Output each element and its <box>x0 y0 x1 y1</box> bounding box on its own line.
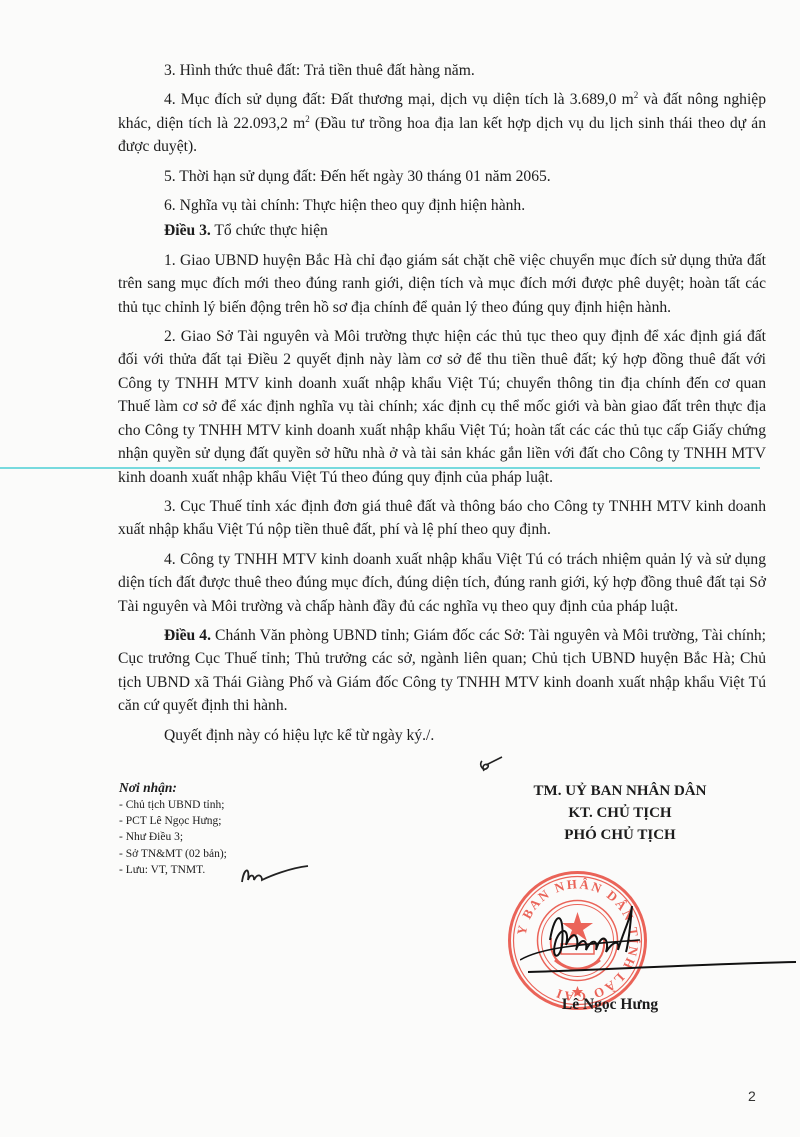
effective-date-clause: Quyết định này có hiệu lực kể từ ngày ký… <box>118 724 766 747</box>
signer-line-3: PHÓ CHỦ TỊCH <box>500 824 740 846</box>
recipients-list: - Chủ tịch UBND tỉnh; - PCT Lê Ngọc Hưng… <box>119 797 227 878</box>
article-3-item-2: 2. Giao Sở Tài nguyên và Môi trường thực… <box>118 325 766 489</box>
article-3-heading: Điều 3. Tổ chức thực hiện <box>118 219 766 242</box>
document-page: 3. Hình thức thuê đất: Trả tiền thuê đất… <box>0 0 800 1137</box>
signer-line-1: TM. UỶ BAN NHÂN DÂN <box>500 780 740 802</box>
recipients-title: Nơi nhận: <box>119 779 227 797</box>
scan-artifact-line <box>0 467 760 469</box>
initials-mark-icon <box>476 753 506 778</box>
document-body: 3. Hình thức thuê đất: Trả tiền thuê đất… <box>118 59 766 747</box>
recipient-item: - PCT Lê Ngọc Hưng; <box>119 813 227 829</box>
recipient-item: - Sở TN&MT (02 bản); <box>119 846 227 862</box>
signature-icon <box>520 900 800 990</box>
item-5-land-use-term: 5. Thời hạn sử dụng đất: Đến hết ngày 30… <box>118 165 766 188</box>
clerk-initials-icon <box>240 860 310 890</box>
article-4: Điều 4. Chánh Văn phòng UBND tỉnh; Giám … <box>118 624 766 718</box>
item-6-financial-obligation: 6. Nghĩa vụ tài chính: Thực hiện theo qu… <box>118 194 766 217</box>
recipient-item: - Như Điều 3; <box>119 829 227 845</box>
recipient-item: - Lưu: VT, TNMT. <box>119 862 227 878</box>
recipients-block: Nơi nhận: - Chủ tịch UBND tỉnh; - PCT Lê… <box>119 779 227 878</box>
recipient-item: - Chủ tịch UBND tỉnh; <box>119 797 227 813</box>
article-3-item-4: 4. Công ty TNHH MTV kinh doanh xuất nhập… <box>118 548 766 618</box>
signer-line-2: KT. CHỦ TỊCH <box>500 802 740 824</box>
signer-block: TM. UỶ BAN NHÂN DÂN KT. CHỦ TỊCH PHÓ CHỦ… <box>500 780 740 846</box>
signer-name: Lê Ngọc Hưng <box>500 996 720 1014</box>
item-3-land-lease-form: 3. Hình thức thuê đất: Trả tiền thuê đất… <box>118 59 766 82</box>
item-4-land-use-purpose: 4. Mục đích sử dụng đất: Đất thương mại,… <box>118 88 766 158</box>
article-3-item-1: 1. Giao UBND huyện Bắc Hà chỉ đạo giám s… <box>118 249 766 319</box>
article-3-item-3: 3. Cục Thuế tỉnh xác định đơn giá thuê đ… <box>118 495 766 542</box>
page-number: 2 <box>748 1088 756 1104</box>
